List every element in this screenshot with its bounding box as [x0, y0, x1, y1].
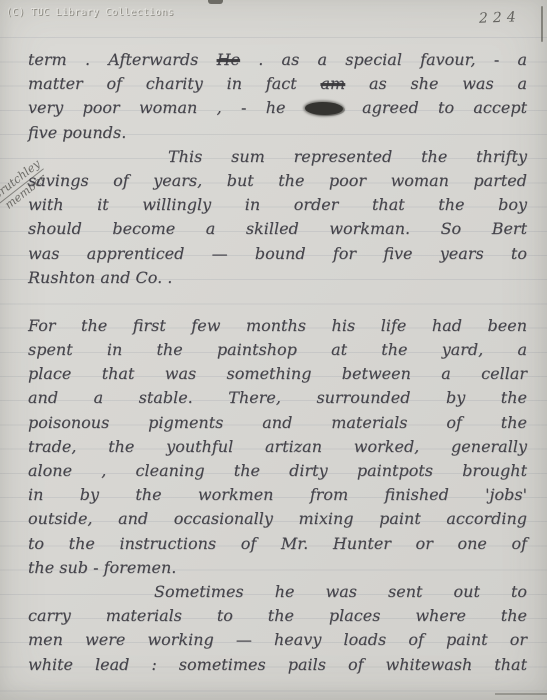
line-text: savings of years, but the poor woman par…: [28, 171, 527, 190]
manuscript-line: Rushton and Co. .: [28, 266, 527, 290]
line-text: outside, and occasionally mixing paint a…: [28, 509, 527, 528]
line-text: and a stable. There, surrounded by the: [28, 388, 527, 407]
line-text: was apprenticed — bound for five years t…: [28, 244, 527, 263]
scan-edge-line: [541, 6, 543, 42]
line-text: in by the workmen from finished 'jobs': [28, 485, 527, 504]
line-text: men were working — heavy loads of paint …: [28, 630, 527, 649]
ink-blot: [305, 102, 343, 115]
manuscript-line: five pounds.: [28, 121, 527, 145]
manuscript-line: term . Afterwards He . as a special favo…: [28, 48, 527, 72]
manuscript-line: was apprenticed — bound for five years t…: [28, 242, 527, 266]
manuscript-text: term . Afterwards He . as a special favo…: [28, 48, 527, 677]
line-text: alone , cleaning the dirty paintpots bro…: [28, 461, 527, 480]
line-text: white lead : sometimes pails of whitewas…: [28, 655, 527, 674]
struck-out-word: He: [217, 50, 240, 69]
manuscript-line: matter of charity in fact am as she was …: [28, 72, 527, 96]
line-text: poisonous pigments and materials of the: [28, 413, 527, 432]
manuscript-line: outside, and occasionally mixing paint a…: [28, 507, 527, 531]
line-text: Sometimes he was sent out to: [154, 582, 527, 601]
line-text: place that was something between a cella…: [28, 364, 527, 383]
line-text: . as a special favour, - a: [258, 50, 527, 69]
line-text: to the instructions of Mr. Hunter or one…: [28, 534, 527, 553]
manuscript-line: alone , cleaning the dirty paintpots bro…: [28, 459, 527, 483]
manuscript-line: white lead : sometimes pails of whitewas…: [28, 653, 527, 677]
manuscript-line: For the first few months his life had be…: [28, 314, 527, 338]
line-text: This sum represented the thrifty: [168, 147, 527, 166]
manuscript-line: spent in the paintshop at the yard, a: [28, 338, 527, 362]
scan-edge-mark: [208, 0, 223, 4]
manuscript-line: carry materials to the places where the: [28, 604, 527, 628]
line-text: carry materials to the places where the: [28, 606, 527, 625]
paper-smudge: [495, 693, 547, 695]
manuscript-line: very poor woman , - he agreed to accept: [28, 96, 527, 120]
line-text: very poor woman , - he: [28, 98, 285, 117]
manuscript-page: (C) TUC Library Collections 224 Crutchle…: [0, 0, 547, 700]
manuscript-line: men were working — heavy loads of paint …: [28, 628, 527, 652]
line-text: matter of charity in fact: [28, 74, 297, 93]
manuscript-line: should become a skilled workman. So Bert: [28, 217, 527, 241]
manuscript-line: Sometimes he was sent out to: [28, 580, 527, 604]
line-text: with it willingly in order that the boy: [28, 195, 527, 214]
line-text: spent in the paintshop at the yard, a: [28, 340, 527, 359]
line-text: Rushton and Co. .: [28, 268, 172, 287]
line-text: agreed to accept: [362, 98, 527, 117]
struck-out-word: am: [320, 74, 345, 93]
line-text: trade, the youthful artizan worked, gene…: [28, 437, 527, 456]
manuscript-line: poisonous pigments and materials of the: [28, 411, 527, 435]
line-text: For the first few months his life had be…: [28, 316, 527, 335]
manuscript-line: to the instructions of Mr. Hunter or one…: [28, 532, 527, 556]
manuscript-line: and a stable. There, surrounded by the: [28, 386, 527, 410]
manuscript-line: This sum represented the thrifty: [28, 145, 527, 169]
copyright-watermark: (C) TUC Library Collections: [6, 7, 174, 18]
line-text: as she was a: [369, 74, 527, 93]
manuscript-line: savings of years, but the poor woman par…: [28, 169, 527, 193]
manuscript-line: place that was something between a cella…: [28, 362, 527, 386]
line-text: should become a skilled workman. So Bert: [28, 219, 527, 238]
page-number: 224: [479, 9, 521, 26]
manuscript-line: with it willingly in order that the boy: [28, 193, 527, 217]
manuscript-line: in by the workmen from finished 'jobs': [28, 483, 527, 507]
manuscript-line: the sub - foremen.: [28, 556, 527, 580]
manuscript-line: trade, the youthful artizan worked, gene…: [28, 435, 527, 459]
line-text: term . Afterwards: [28, 50, 198, 69]
line-text: five pounds.: [28, 123, 126, 142]
line-text: the sub - foremen.: [28, 558, 176, 577]
